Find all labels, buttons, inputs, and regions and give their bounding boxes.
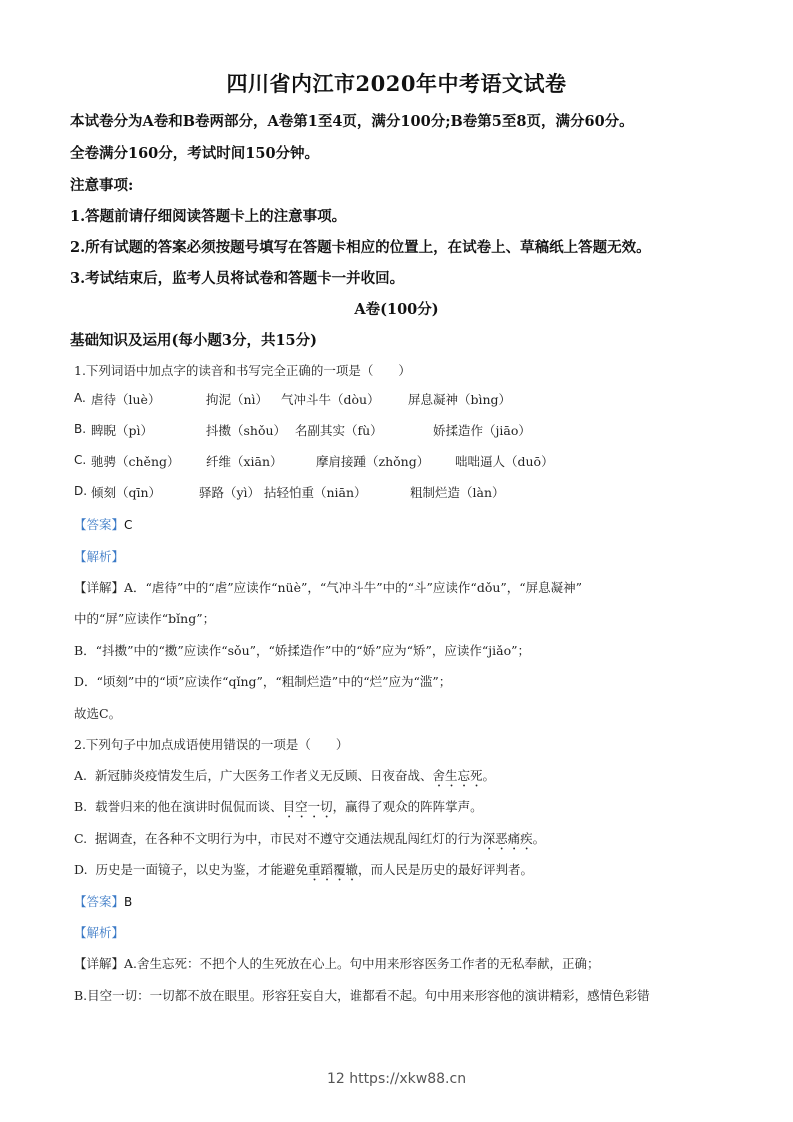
intro-line-2: 全卷满分160分，考试时间150分钟。: [70, 142, 319, 163]
dotted-idiom: 目空一切: [283, 799, 333, 814]
option-item: 咄咄逼人（duō）: [455, 452, 554, 470]
exam-title: 四川省内江市2020年中考语文试卷: [0, 68, 793, 98]
q2-option-d: D. 历史是一面镜子，以史为鉴，才能避免重蹈覆辙，而人民是历史的最好评判者。: [74, 860, 533, 884]
option-label: B.: [74, 422, 86, 436]
q2-detail-2: B.目空一切：一切都不放在眼里。形容狂妄自大，谁都看不起。句中用来形容他的演讲精…: [74, 986, 650, 1004]
option-item: 屏息凝神（bìng）: [408, 390, 511, 408]
q1-detail-5: 故选C。: [74, 704, 121, 722]
option-item: 气冲斗牛（dòu）: [281, 390, 380, 408]
q1-detail-2: 中的“屏”应读作“bǐng”；: [74, 609, 215, 627]
q2-detail-1: 【详解】A.舍生忘死：不把个人的生死放在心上。句中用来形容医务工作者的无私奉献，…: [74, 954, 600, 972]
option-label: C.: [74, 453, 86, 467]
option-item: 粗制烂造（làn）: [410, 483, 505, 501]
q2-option-c: C. 据调查，在各种不文明行为中，市民对不遵守交通法规乱闯红灯的行为深恶痛疾。: [74, 829, 545, 853]
dotted-idiom: 舍生忘死: [432, 768, 482, 783]
option-item: 抖擞（shǒu）: [206, 421, 286, 439]
option-item: 纤维（xiān）: [206, 452, 283, 470]
option-label: D.: [74, 484, 87, 498]
option-item: 倾刻（qīn）: [91, 483, 161, 501]
option-item: 睥睨（pì）: [91, 421, 153, 439]
option-label: B.: [74, 799, 87, 814]
option-text: ，赢得了观众的阵阵掌声。: [333, 799, 483, 814]
option-item: 拈轻怕重（niān）: [264, 483, 367, 501]
option-item: 虐待（luè）: [91, 390, 160, 408]
q2-option-a: A. 新冠肺炎疫情发生后，广大医务工作者义无反顾、日夜奋战、舍生忘死。: [74, 766, 495, 790]
q1-detail-3: B．“抖擞”中的“擞”应读作“sǒu”，“娇揉造作”中的“娇”应为“矫”，应读作…: [74, 641, 530, 659]
q2-answer: 【答案】B: [74, 892, 132, 910]
option-item: 驿路（yì）: [199, 483, 260, 501]
q2-stem: 2.下列句子中加点成语使用错误的一项是（ ）: [74, 735, 348, 753]
option-text: ，而人民是历史的最好评判者。: [358, 862, 533, 877]
answer-value: B: [124, 895, 132, 909]
q1-answer: 【答案】C: [74, 515, 132, 533]
dotted-idiom: 深恶痛疾: [483, 831, 533, 846]
option-text: 历史是一面镜子，以史为鉴，才能避免: [96, 862, 309, 877]
option-label: A.: [74, 391, 86, 405]
q1-analysis-tag: 【解析】: [74, 547, 124, 565]
q1-detail-1: 【详解】A．“虐待”中的“虐”应读作“nüè”，“气冲斗牛”中的“斗”应读作“d…: [74, 578, 582, 596]
dotted-idiom: 重蹈覆辙: [308, 862, 358, 877]
notice-1: 1.答题前请仔细阅读答题卡上的注意事项。: [70, 205, 346, 226]
option-text: 载誉归来的他在演讲时侃侃而谈、: [95, 799, 283, 814]
option-label: D.: [74, 862, 88, 877]
answer-tag: 【答案】: [74, 894, 124, 909]
section-title: A卷(100分): [0, 298, 793, 319]
notice-3: 3.考试结束后，监考人员将试卷和答题卡一并收回。: [70, 267, 404, 288]
q2-analysis-tag: 【解析】: [74, 923, 124, 941]
page-footer: 12 https://xkw88.cn: [0, 1071, 793, 1087]
option-label: C.: [74, 831, 87, 846]
q2-option-b: B. 载誉归来的他在演讲时侃侃而谈、目空一切，赢得了观众的阵阵掌声。: [74, 797, 483, 821]
intro-line-1: 本试卷分为A卷和B卷两部分，A卷第1至4页，满分100分;B卷第5至8页，满分6…: [70, 110, 634, 131]
option-item: 驰骋（chěng）: [91, 452, 180, 470]
option-text: 新冠肺炎疫情发生后，广大医务工作者义无反顾、日夜奋战、: [95, 768, 433, 783]
answer-tag: 【答案】: [74, 517, 124, 532]
option-text: 。: [483, 768, 496, 783]
q1-detail-4: D．“顷刻”中的“顷”应读作“qǐng”，“粗制烂造”中的“烂”应为“滥”；: [74, 672, 451, 690]
option-item: 拘泥（nì）: [206, 390, 268, 408]
notice-2: 2.所有试题的答案必须按题号填写在答题卡相应的位置上，在试卷上、草稿纸上答题无效…: [70, 236, 651, 257]
option-item: 摩肩接踵（zhǒng）: [316, 452, 429, 470]
option-item: 名副其实（fù）: [295, 421, 383, 439]
option-text: 据调查，在各种不文明行为中，市民对不遵守交通法规乱闯红灯的行为: [95, 831, 483, 846]
notice-heading: 注意事项:: [70, 174, 133, 195]
answer-value: C: [124, 518, 132, 532]
section-subtitle: 基础知识及运用(每小题3分，共15分): [70, 329, 317, 350]
option-label: A.: [74, 768, 87, 783]
option-text: 。: [533, 831, 546, 846]
q1-stem: 1.下列词语中加点字的读音和书写完全正确的一项是（ ）: [74, 361, 411, 379]
option-item: 娇揉造作（jiāo）: [433, 421, 531, 439]
